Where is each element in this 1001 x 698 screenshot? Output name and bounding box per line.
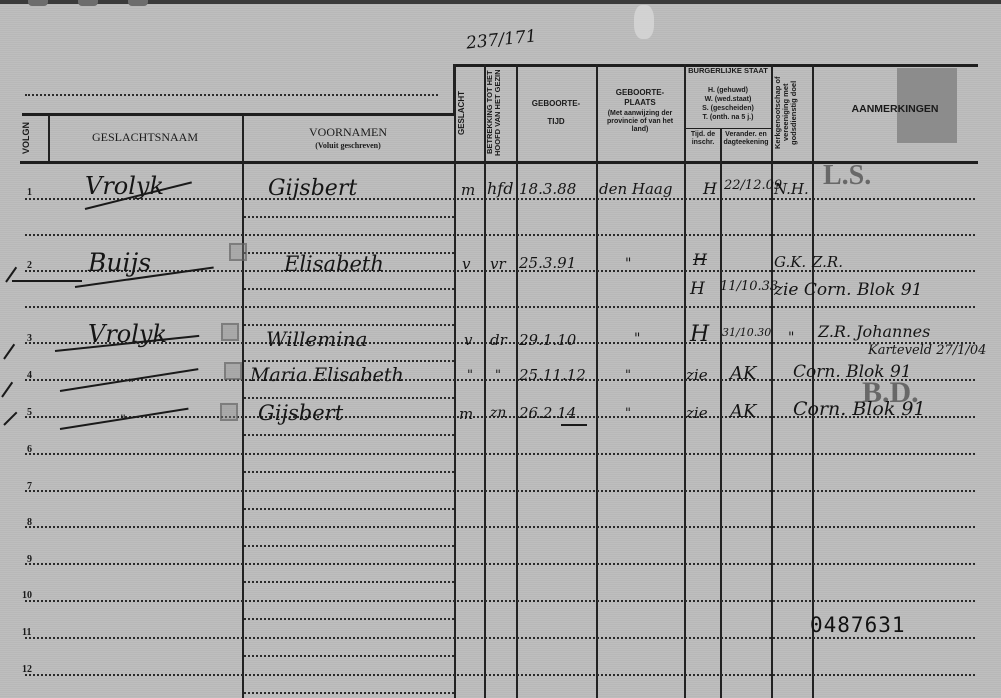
entry-1-betrekking: hfd [487, 179, 513, 198]
entry-3-voornamen: Willemina [266, 327, 367, 351]
entry-2-geboorteplaats: " [625, 256, 631, 272]
col-line-burgerlijke-staat [771, 64, 773, 698]
header-geboortetijd-1: GEBOORTE- [518, 99, 594, 108]
row-number: 1 [27, 187, 32, 198]
row-number: 6 [27, 444, 32, 455]
row-line [25, 198, 975, 200]
header-top-border-left [22, 113, 456, 116]
check-box-mark [229, 243, 247, 261]
reference-number: 237/171 [465, 26, 537, 53]
sub-row-line [244, 216, 454, 218]
back-icon[interactable] [28, 0, 48, 6]
entry-3-kerk: " [788, 330, 794, 346]
entry-1-geboortetijd: 18.3.88 [519, 180, 576, 198]
header-kerkgenootschap: Kerkgenootschap of vereeniging met godsd… [774, 66, 810, 159]
serial-number: 0487631 [810, 613, 906, 637]
row-number: 5 [27, 407, 32, 418]
register-card: 237/171 VOLGN GESLACHTSNAAM VOORNAMEN (V… [0, 0, 1001, 698]
entry-3-betrekking: dr [490, 331, 507, 349]
header-bs-t: T. (onth. na 5 j.) [686, 114, 770, 122]
entry-4-geslacht: " [467, 368, 473, 383]
entry-2-aanmerkingen-2: zie Corn. Blok 91 [774, 280, 922, 300]
header-volgn: VOLGN [22, 118, 44, 158]
sub-row-line [244, 360, 454, 362]
entry-5-voornamen: Gijsbert [258, 401, 343, 425]
entry-2-bs-verander: 11/10.33 [720, 279, 778, 294]
header-geboorteplaats-sub: (Met aanwijzing der provincie of van het… [600, 110, 680, 134]
row-number: 9 [27, 554, 32, 565]
entry-2-geslachtsnaam: Buijs [88, 248, 151, 277]
margin-tick [3, 344, 15, 360]
row-line [25, 234, 975, 236]
row-line [25, 490, 975, 492]
col-line-betrekking [516, 64, 518, 698]
row-line [25, 637, 975, 639]
sub-row-line [244, 397, 454, 399]
header-geboorteplaats-1: GEBOORTE- [598, 88, 682, 97]
entry-5-betrekking: zn [490, 405, 506, 421]
header-bs-s: S. (gescheiden) [686, 105, 770, 113]
row-number: 3 [27, 333, 32, 344]
row-line [25, 306, 975, 308]
row-number: 7 [27, 481, 32, 492]
entry-2-kerk: G.K. [774, 253, 806, 271]
header-bs-h: H. (gehuwd) [686, 87, 770, 95]
entry-3-geboorteplaats: " [634, 331, 640, 347]
header-geslacht: GESLACHT [458, 68, 482, 158]
row-line [25, 674, 975, 676]
sub-row-line [244, 434, 454, 436]
entry-2-bs-tijd: H [690, 279, 705, 299]
entry-3-bs-verander: 31/10.30 [722, 326, 771, 339]
sub-row-line [244, 508, 454, 510]
burgerlijke-staat-divider [686, 128, 771, 129]
check-box-mark [220, 403, 238, 421]
header-bs-tijd: Tijd. de inschr. [686, 131, 720, 147]
header-voornamen: VOORNAMEN [244, 126, 452, 140]
entry-4-geslachtsnaam: " [128, 377, 134, 392]
row-number: 11 [22, 627, 31, 638]
col-line-geboortetijd [596, 64, 598, 698]
entry-3-geboortetijd: 29.1.10 [519, 331, 576, 349]
entry-4-bs-verander: AK [730, 363, 756, 384]
entry-5-bs-tijd: zie [686, 404, 708, 422]
row-number: 8 [27, 517, 32, 528]
entry-5-aanmerkingen: Corn. Blok 91 [793, 398, 926, 420]
entry-1-geboorteplaats: den Haag [599, 180, 672, 198]
home-icon[interactable] [78, 0, 98, 6]
row-line [25, 600, 975, 602]
entry-5-geboorteplaats: " [625, 406, 631, 421]
entry-1-voornamen: Gijsbert [268, 176, 357, 201]
header-geboorteplaats-2: PLAATS [598, 98, 682, 107]
entry-2-aanmerkingen-1: Z.R. [812, 253, 843, 271]
entry-3-bs-tijd: H [690, 322, 709, 347]
row-line [25, 526, 975, 528]
header-aanmerkingen: AANMERKINGEN [820, 103, 970, 115]
col-line-geslachtsnaam [242, 115, 244, 698]
sub-row-line [244, 655, 454, 657]
header-voornamen-sub: (Voluit geschreven) [244, 141, 452, 150]
entry-3-aanmerkingen-2: Karteveld 27/1/04 [868, 343, 986, 358]
entry-2-geboortetijd: 25.3.91 [519, 254, 576, 272]
sub-row-line [244, 324, 454, 326]
entry-5-geslacht: m [459, 405, 473, 423]
header-burgerlijke-staat: BURGERLIJKE STAAT [686, 67, 770, 76]
entry-3-aanmerkingen-1: Z.R. Johannes [818, 322, 930, 341]
entry-2-bs-tijd-crossed: H [693, 250, 707, 269]
entry-1-kerk: N.H. [774, 180, 809, 198]
row-line [25, 563, 975, 565]
row-number: 10 [22, 590, 32, 601]
forward-icon[interactable] [128, 0, 148, 6]
sub-row-line [244, 288, 454, 290]
sub-row-line [244, 692, 454, 694]
entry-2-geslacht: v [462, 255, 470, 273]
entry-2-betrekking: vr [490, 255, 506, 273]
entry-5-geboortetijd: 26.2.14 [519, 404, 576, 422]
header-betrekking: BETREKKING TOT HET HOOFD VAN HET GEZIN [486, 66, 514, 159]
entry-1-geslachtsnaam: Vrolyk [85, 172, 164, 200]
col-line-bs-tijd [720, 128, 722, 698]
margin-tick [3, 412, 17, 426]
entry-3-geslacht: v [464, 331, 472, 349]
entry-4-geboorteplaats: " [625, 368, 631, 383]
col-line-voornamen [454, 64, 456, 698]
entry-1-bs-tijd: H [703, 179, 717, 198]
viewer-top-edge [0, 0, 1001, 4]
entry-4-betrekking: " [495, 368, 501, 383]
stamp-ls: L.S. [823, 160, 871, 192]
check-box-mark [224, 362, 242, 380]
row-number: 4 [27, 370, 32, 381]
entry-4-bs-tijd: zie [686, 366, 708, 384]
entry-1-geslacht: m [461, 181, 475, 199]
strike-line [12, 280, 82, 282]
header-bs-verander: Verander. en dagteekening [722, 131, 770, 147]
paper-smudge [634, 5, 654, 39]
header-bs-w: W. (wed.staat) [686, 96, 770, 104]
margin-tick [1, 382, 13, 398]
entry-5-bs-verander: AK [730, 401, 756, 422]
check-box-mark [221, 323, 239, 341]
row-line [25, 453, 975, 455]
underline [561, 424, 587, 426]
header-dotted-line [25, 94, 438, 96]
row-number: 12 [22, 664, 32, 675]
header-geboortetijd-2: TIJD [518, 117, 594, 126]
sub-row-line [244, 545, 454, 547]
sub-row-line [244, 581, 454, 583]
col-line-geslacht [484, 64, 486, 698]
row-number: 2 [27, 260, 32, 271]
sub-row-line [244, 618, 454, 620]
entry-5-geslachtsnaam: " [120, 413, 126, 428]
entry-2-voornamen: Elisabeth [284, 252, 384, 276]
sub-row-line [244, 471, 454, 473]
entry-4-geboortetijd: 25.11.12 [519, 366, 586, 384]
entry-4-voornamen: Maria Elisabeth [250, 364, 404, 386]
header-geslachtsnaam: GESLACHTSNAAM [50, 131, 240, 145]
